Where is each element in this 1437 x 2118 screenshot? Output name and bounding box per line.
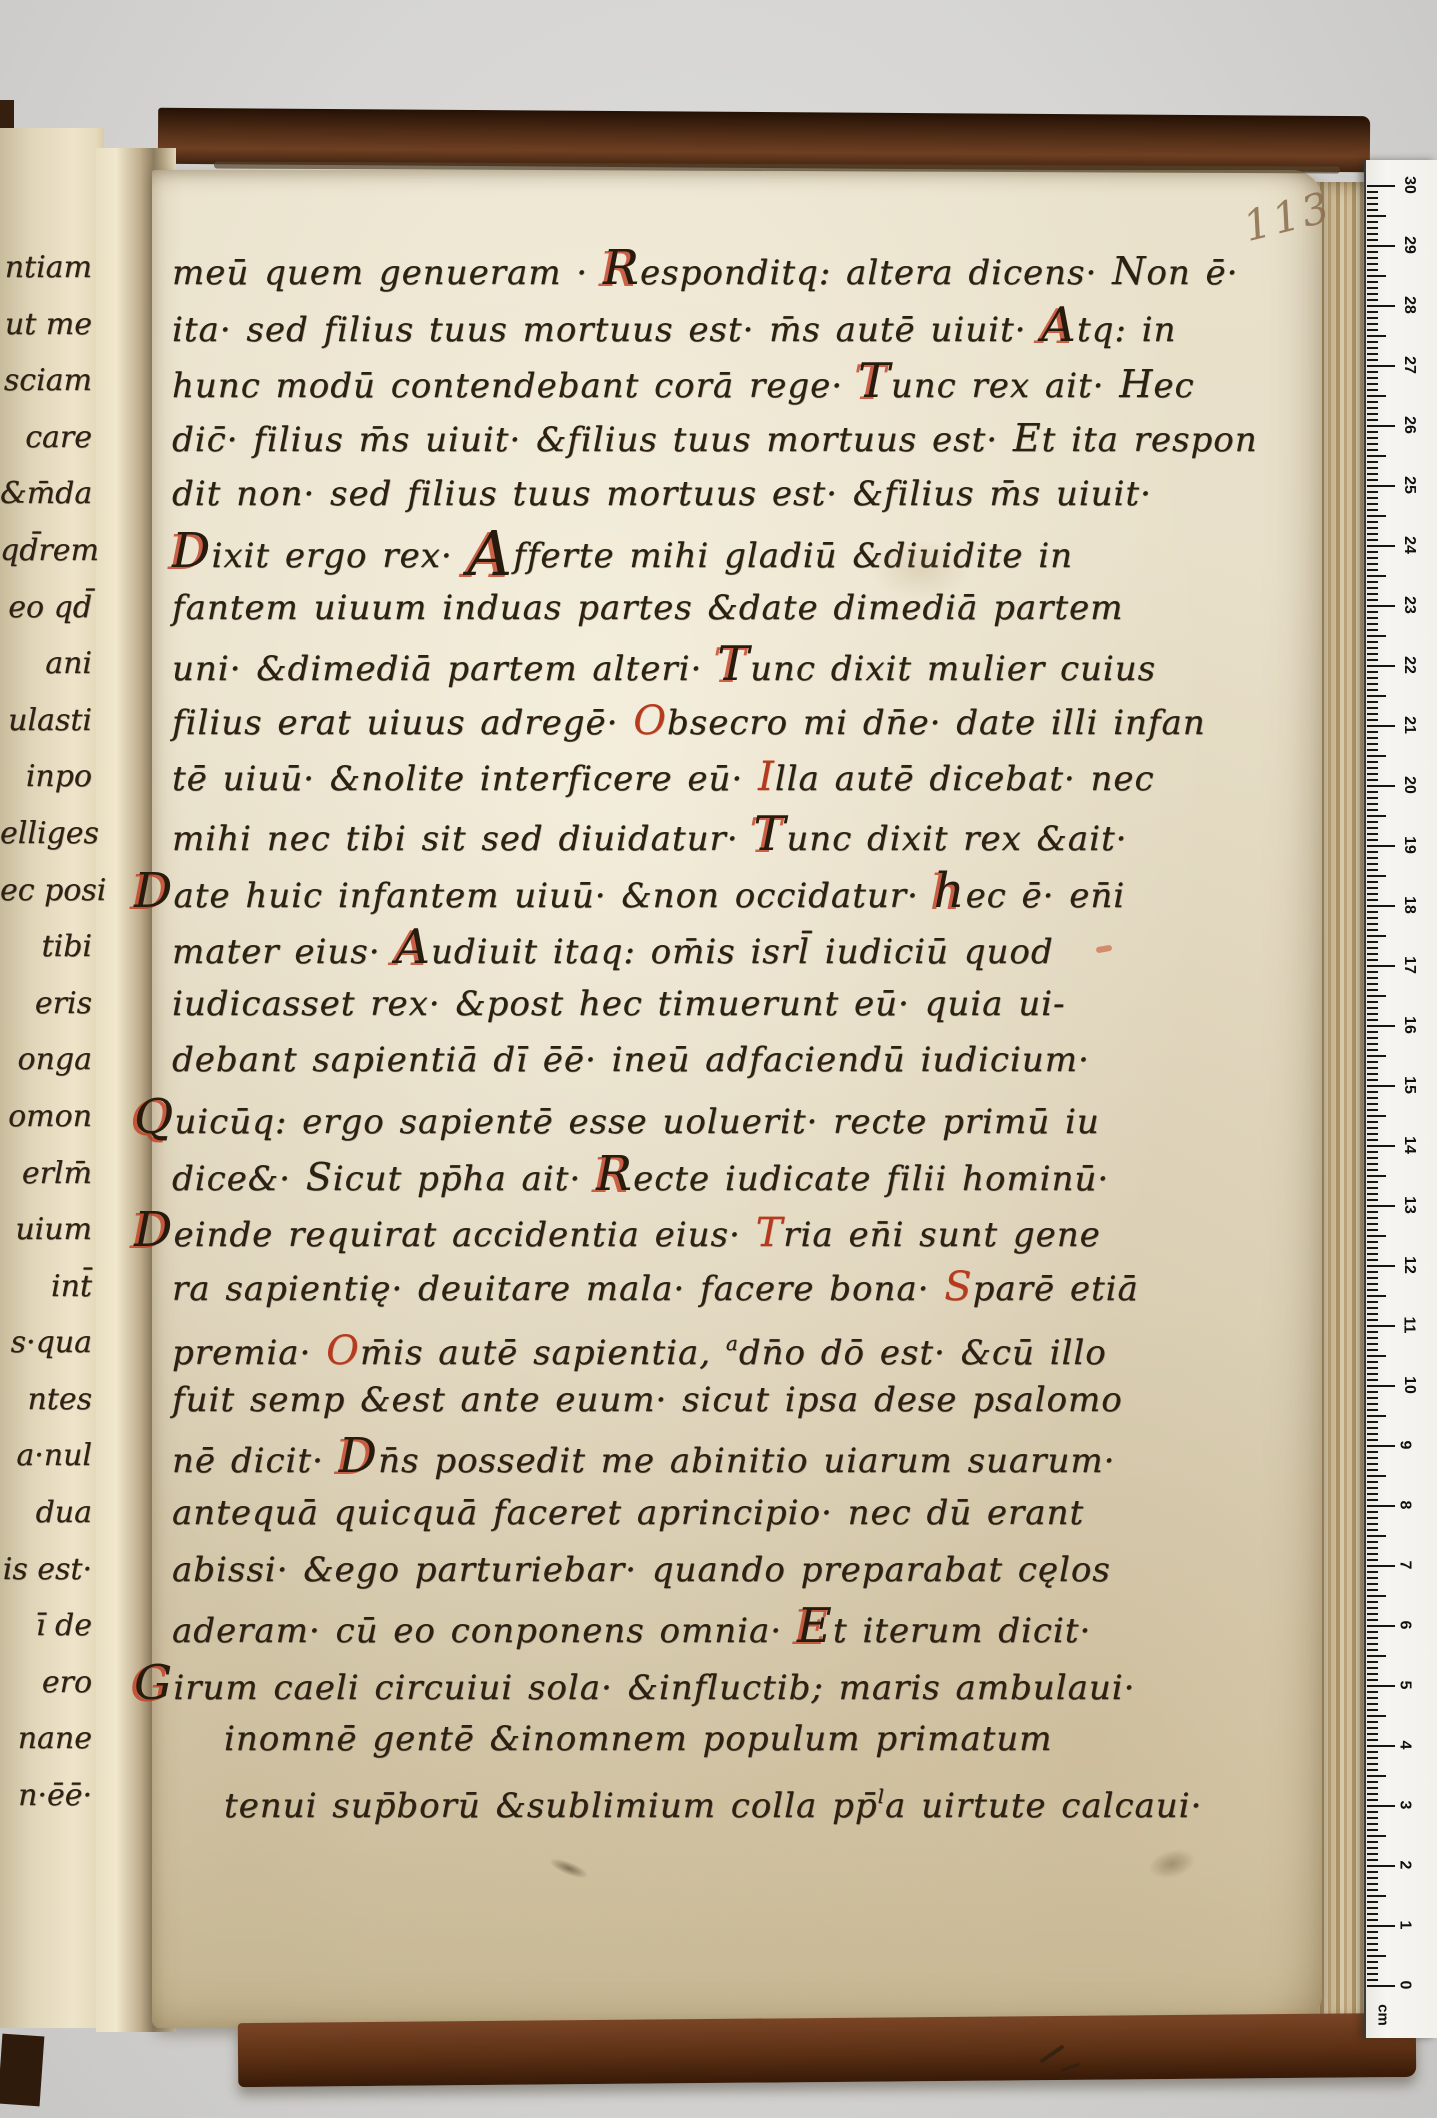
text-run: einde requirat accidentia eius· [173,1215,755,1255]
facing-page-line-fragment: onga [0,1032,92,1089]
ruler-number: 10 [1400,1376,1418,1394]
ruler-tick [1367,1733,1378,1735]
ruler-tick [1367,503,1378,505]
ruler-tick [1367,1691,1378,1693]
facing-page-line-fragment: ntiam [0,240,92,297]
manuscript-text-block: meū quem genueram · Responditq: altera d… [172,240,1218,1825]
ruler-tick [1367,1655,1386,1657]
ruler-tick [1367,527,1378,529]
ruler-tick [1367,251,1378,253]
ruler-tick [1367,587,1378,589]
ruler-tick [1367,1715,1386,1717]
ruler-tick [1367,1919,1378,1921]
ruler-tick [1367,1937,1378,1939]
ruler-tick [1367,305,1395,307]
initial-letter: G [134,1655,173,1711]
ruler-tick [1367,431,1378,433]
ruler-tick [1367,983,1378,985]
ruler-tick [1367,659,1378,661]
ruler-tick [1367,461,1378,463]
ruler-tick [1367,965,1395,967]
ruler-tick [1367,851,1378,853]
ruler-tick [1367,1373,1378,1375]
ruler-tick [1367,617,1378,619]
ruler-tick [1367,1907,1378,1909]
facing-page-line-fragment: n·ēē· [0,1768,92,1825]
ruler-tick [1367,443,1378,445]
manuscript-line: fuit semp &est ante euum· sicut ipsa des… [172,1372,1218,1429]
manuscript-line: Dixit ergo rex· Afferte mihi gladiū &diu… [172,523,1218,580]
manuscript-line: debant sapientiā dī ēē· ineū adfaciendū … [172,1032,1218,1089]
ruler-tick [1367,1175,1386,1177]
ruler-tick [1367,425,1395,427]
initial-letter: N [1112,249,1146,293]
ruler-tick [1367,1211,1378,1213]
initial-letter: H [1119,362,1153,406]
ruler-tick [1367,293,1378,295]
ruler-tick [1367,1601,1378,1603]
ruler-tick [1367,1229,1378,1231]
facing-page-line-fragment: ani [0,636,92,693]
ruler-number: 6 [1395,1621,1413,1630]
ruler-tick [1367,197,1378,199]
text-run: fantem uiuum induas partes &date dimediā… [172,588,1123,628]
text-run: t ita respon [1042,420,1258,460]
ruler-number: 13 [1400,1196,1418,1214]
manuscript-line: filius erat uiuus adregē· Obsecro mi dn̄… [172,693,1218,750]
ruler-number: 29 [1400,236,1418,254]
initial-letter: Q [134,1089,174,1145]
text-run: dn̄o dō est· &cū illo [739,1333,1107,1373]
ruler-tick [1367,1637,1378,1639]
ruler-tick [1367,1427,1378,1429]
ruler-tick [1367,1091,1378,1093]
ruler-tick [1367,215,1386,217]
ruler-tick [1367,1505,1395,1507]
ruler-tick [1367,287,1378,289]
ruler-tick [1367,1445,1395,1447]
manuscript-line: mihi nec tibi sit sed diuidatur· Tunc di… [172,806,1218,863]
ruler-tick [1367,533,1378,535]
ruler-tick [1367,551,1378,553]
ruler-tick [1367,1613,1378,1615]
facing-page-line-fragment: is est· [0,1542,92,1599]
ruler-tick [1367,1025,1395,1027]
ruler-tick [1367,1307,1378,1309]
ruler-tick [1367,185,1395,187]
ruler-number: 15 [1400,1076,1418,1094]
facing-page-line-fragment: omon [0,1089,92,1146]
ruler-tick [1367,1679,1378,1681]
ruler-tick [1367,1667,1378,1669]
ruler-tick [1367,1289,1378,1291]
ruler-tick [1367,911,1378,913]
ruler-tick [1367,1913,1378,1915]
manuscript-line: uni· &dimediā partem alteri· Tunc dixit … [172,636,1218,693]
ruler-tick [1367,221,1378,223]
initial-letter: a [726,1331,739,1355]
ruler-tick [1367,203,1378,205]
ruler-tick [1367,1901,1378,1903]
ruler-tick [1367,929,1378,931]
ruler-number: 20 [1400,776,1418,794]
ruler-tick [1367,569,1378,571]
text-run: irum caeli circuiui sola· &influctib; ma… [173,1668,1135,1708]
ruler-tick [1367,1523,1378,1525]
ruler-unit-label: cm [1374,2004,1391,2026]
ruler-tick [1367,1961,1378,1963]
ruler-tick [1367,323,1378,325]
text-run: esponditq: altera dicens· [640,253,1112,293]
ruler-tick [1367,647,1378,649]
text-run: ate huic infantem uiuū· &non occidatur· [173,876,933,916]
ruler-tick [1367,329,1378,331]
facing-page-line-fragment: a·nul [0,1428,92,1485]
ruler-tick [1367,1361,1378,1363]
ruler-tick [1367,1103,1378,1105]
ruler-tick [1367,1793,1378,1795]
ruler-tick [1367,581,1378,583]
ruler-tick [1367,857,1378,859]
ruler-number: 24 [1400,536,1418,554]
ruler-tick [1367,1841,1378,1843]
ruler-tick [1367,1469,1378,1471]
text-run: ita· sed filius tuus mortuus est· m̄s au… [172,310,1041,350]
manuscript-line: premia· Om̄is autē sapientia, adn̄o dō e… [172,1315,1218,1372]
ruler-tick [1367,1121,1378,1123]
facing-page-line-fragment: tibi [0,919,92,976]
ruler-tick [1367,1931,1378,1933]
manuscript-line: Girum caeli circuiui sola· &influctib; m… [134,1655,1218,1712]
initial-letter: D [134,863,173,919]
ruler-tick [1367,1973,1378,1975]
ruler-tick [1367,1607,1378,1609]
ruler-number: 22 [1400,656,1418,674]
ruler-tick [1367,239,1378,241]
ruler-tick [1367,869,1378,871]
ruler-tick [1367,437,1378,439]
ruler-tick [1367,1589,1378,1591]
text-run: meū quem genueram · [172,253,603,293]
ruler-tick [1367,671,1378,673]
initial-letter: E [1013,416,1042,460]
ruler-number: 2 [1395,1861,1413,1870]
ruler-tick [1367,1157,1378,1159]
ruler-tick [1367,1145,1395,1147]
ruler-tick [1367,923,1378,925]
initial-letter: D [339,1428,378,1484]
ruler-tick [1367,953,1378,955]
ruler-tick [1367,1019,1378,1021]
ruler-tick [1367,833,1378,835]
ruler-tick [1367,1199,1378,1201]
ruler-tick [1367,791,1378,793]
ruler-tick [1367,401,1378,403]
ruler-tick [1367,1763,1378,1765]
text-run: m̄is autē sapientia, [360,1333,726,1373]
ruler-number: 5 [1395,1681,1413,1690]
text-run: ec ē· en̄i [966,876,1126,916]
facing-page-line-fragment: nane [0,1711,92,1768]
manuscript-line: dice&· Sicut pp̄ha ait· Recte iudicate f… [172,1146,1218,1203]
ruler-tick [1367,1367,1378,1369]
ruler-tick [1367,707,1378,709]
ruler-tick [1367,1949,1378,1951]
facing-page-line-fragment: qd̄rem [0,523,92,580]
ruler-tick [1367,1283,1378,1285]
ruler-tick [1367,761,1378,763]
ruler-tick [1367,1889,1378,1891]
ruler-tick [1367,845,1395,847]
manuscript-line: ita· sed filius tuus mortuus est· m̄s au… [172,297,1218,354]
ruler-tick [1367,1205,1395,1207]
text-run: dit non· sed filius tuus mortuus est· &f… [172,474,1152,514]
ruler-tick [1367,1577,1378,1579]
ruler-tick [1367,1325,1395,1327]
ruler-tick [1367,1775,1386,1777]
manuscript-line: antequā quicquā faceret aprincipio· nec … [172,1485,1218,1542]
ruler-tick [1367,905,1395,907]
ruler-tick [1367,1073,1378,1075]
ruler-tick [1367,1559,1378,1561]
ruler-tick [1367,1895,1386,1897]
ruler-tick [1367,1457,1378,1459]
ruler-tick [1367,701,1378,703]
ruler-tick [1367,1385,1395,1387]
manuscript-line: Quicūq: ergo sapientē esse uoluerit· rec… [134,1089,1218,1146]
ruler-tick [1367,1253,1378,1255]
facing-page-line-fragment: uium [0,1202,92,1259]
ruler-tick [1367,1349,1378,1351]
text-run: antequā quicquā faceret aprincipio· nec … [172,1493,1084,1533]
ruler-tick [1367,665,1395,667]
ruler-tick [1367,245,1395,247]
ruler-tick [1367,743,1378,745]
ruler-tick [1367,677,1378,679]
ruler-tick [1367,1379,1378,1381]
ruler-tick [1367,1415,1386,1417]
ruler-tick [1367,1721,1378,1723]
ruler-tick [1367,359,1378,361]
initial-letter: T [753,806,786,862]
initial-letter: S [306,1155,333,1199]
ruler-tick [1367,683,1378,685]
ruler-tick [1367,1535,1386,1537]
ruler-tick [1367,1787,1378,1789]
ruler-tick [1367,1391,1378,1393]
ruler-tick [1367,1865,1395,1867]
ruler-tick [1367,1265,1395,1267]
manuscript-line: abissi· &ego parturiebar· quando prepara… [172,1542,1218,1599]
ruler-tick [1367,1781,1378,1783]
text-run: uicūq: ergo sapientē esse uoluerit· rect… [174,1102,1099,1142]
ruler-tick [1367,827,1378,829]
ruler-tick [1367,1259,1378,1261]
ruler-tick [1367,1355,1386,1357]
text-run: unc dixit mulier cuius [750,649,1156,689]
text-run: unc dixit rex &ait· [786,819,1127,859]
ruler-tick [1367,737,1378,739]
ruler-tick [1367,1661,1378,1663]
text-run: on ē· [1146,253,1238,293]
ruler-tick [1367,263,1378,265]
manuscript-line: meū quem genueram · Responditq: altera d… [172,240,1218,297]
manuscript-line: Date huic infantem uiuū· &non occidatur·… [134,863,1218,920]
ruler-number: 16 [1400,1016,1418,1034]
ruler-tick [1367,395,1386,397]
ruler-number: 19 [1400,836,1418,854]
ruler-tick [1367,1403,1378,1405]
ruler-tick [1367,1499,1378,1501]
ruler-tick [1367,1883,1378,1885]
ruler-tick [1367,821,1378,823]
ruler-tick [1367,713,1378,715]
ruler-tick [1367,1007,1378,1009]
ruler-tick [1367,281,1378,283]
ruler-number: 8 [1395,1501,1413,1510]
text-run: dice&· [172,1159,306,1199]
text-run: t iterum dicit· [833,1611,1091,1651]
ruler-tick [1367,977,1378,979]
measuring-ruler: cm 0123456789101112131415161718192021222… [1364,160,1437,2038]
ruler-tick [1367,809,1378,811]
facing-page-line-fragment: ntes [0,1372,92,1429]
facing-page-line-fragment: dua [0,1485,92,1542]
ruler-tick [1367,1685,1395,1687]
ruler-tick [1367,1049,1378,1051]
ruler-tick [1367,1109,1378,1111]
ruler-number: 14 [1400,1136,1418,1154]
ruler-tick [1367,275,1386,277]
ruler-tick [1367,1067,1378,1069]
faint-stain [870,540,970,600]
ruler-tick [1367,1481,1378,1483]
ruler-tick [1367,1343,1378,1345]
ruler-tick [1367,1241,1378,1243]
ruler-tick [1367,1235,1386,1237]
manuscript-line: tenui sup̄borū &sublimium colla pp̄la ui… [224,1768,1218,1825]
ruler-tick [1367,1967,1378,1969]
ruler-tick [1367,839,1378,841]
ruler-tick [1367,797,1378,799]
ruler-tick [1367,1649,1378,1651]
ruler-tick [1367,557,1378,559]
ruler-tick [1367,779,1378,781]
ruler-tick [1367,1301,1378,1303]
ruler-tick [1367,1451,1378,1453]
initial-letter: O [633,698,667,744]
ruler-number: 21 [1400,716,1418,734]
photo-stage: ntiamut mesciamcare&m̄daqd̄remeo qd̄aniu… [0,0,1437,2118]
ruler-tick [1367,695,1386,697]
ruler-tick [1367,1397,1378,1399]
ruler-tick [1367,383,1378,385]
ruler-tick [1367,1697,1378,1699]
ruler-tick [1367,719,1378,721]
text-run: ecte iudicate filii hominū· [633,1159,1109,1199]
facing-page-line-fragment: ec posi [0,863,92,920]
ruler-tick [1367,1751,1378,1753]
text-run: inomnē gentē &inomnem populum primatum [224,1719,1052,1759]
ruler-tick [1367,887,1378,889]
ruler-tick [1367,479,1378,481]
ruler-tick [1367,815,1386,817]
ruler-tick [1367,1127,1378,1129]
ruler-tick [1367,899,1378,901]
ruler-tick [1367,365,1395,367]
ruler-tick [1367,1055,1386,1057]
ruler-tick [1367,1337,1378,1339]
ruler-tick [1367,611,1378,613]
ruler-tick [1367,1043,1378,1045]
ruler-tick [1367,1031,1378,1033]
ruler-tick [1367,1985,1395,1987]
book-bottom-leather-edge [238,2013,1417,2087]
text-run: aderam· cū eo conponens omnia· [172,1611,797,1651]
ruler-tick [1367,191,1378,193]
ruler-tick [1367,1493,1378,1495]
text-run: premia· [172,1333,326,1373]
ruler-tick [1367,1709,1378,1711]
manuscript-line: fantem uiuum induas partes &date dimediā… [172,580,1218,637]
text-run: nē dicit· [172,1441,339,1481]
ruler-tick [1367,629,1378,631]
ruler-tick [1367,641,1378,643]
ruler-tick [1367,773,1378,775]
ruler-tick [1367,1541,1378,1543]
ruler-tick [1367,941,1378,943]
ruler-tick [1367,1829,1378,1831]
ruler-number: 27 [1400,356,1418,374]
ruler-tick [1367,623,1378,625]
ruler-tick [1367,1439,1378,1441]
ruler-tick [1367,1409,1378,1411]
text-run: filius erat uiuus adregē· [172,703,633,743]
ruler-tick [1367,509,1378,511]
text-run: hunc modū contendebant corā rege· [172,366,858,406]
ruler-tick [1367,725,1395,727]
ruler-tick [1367,485,1395,487]
initial-letter: E [797,1598,833,1654]
ruler-tick [1367,785,1395,787]
facing-page-line-fragment: eo qd̄ [0,580,92,637]
ruler-tick [1367,917,1378,919]
ruler-tick [1367,881,1378,883]
facing-page-line-fragment: inpo [0,749,92,806]
ruler-tick [1367,1319,1378,1321]
facing-page-line-fragment: care [0,410,92,467]
ruler-tick [1367,653,1378,655]
ruler-tick [1367,893,1378,895]
ruler-number: 1 [1395,1921,1413,1930]
ruler-tick [1367,407,1378,409]
facing-page-text-fragments: ntiamut mesciamcare&m̄daqd̄remeo qd̄aniu… [0,240,92,1825]
ruler-tick [1367,875,1386,877]
text-run: udiuit itaq: om̄is isrl̄ iudiciū quod [431,932,1054,972]
ruler-tick [1367,1547,1378,1549]
manuscript-line: dit non· sed filius tuus mortuus est· &f… [172,466,1218,523]
ruler-tick [1367,455,1386,457]
initial-letter: S [944,1264,972,1310]
ruler-tick [1367,635,1386,637]
ruler-tick [1367,491,1378,493]
initial-letter: I [758,754,775,800]
ruler-tick [1367,1463,1378,1465]
ruler-tick [1367,1487,1378,1489]
ruler-tick [1367,449,1378,451]
facing-page-line-fragment: elliges [0,806,92,863]
ruler-tick [1367,1571,1378,1573]
